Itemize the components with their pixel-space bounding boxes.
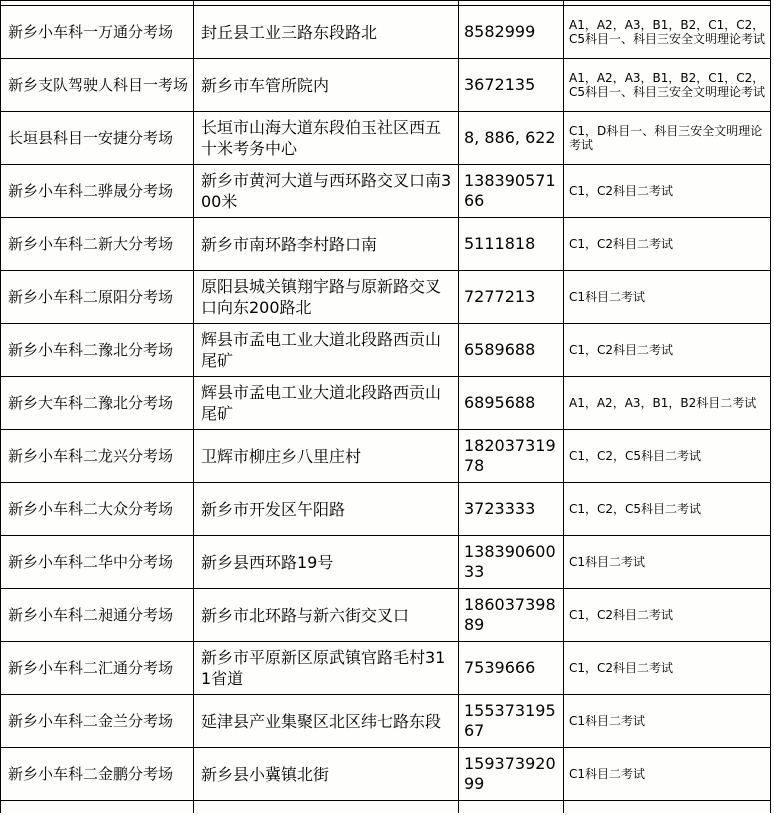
exam-categories-cell: C1，C2，C5科目二考试 [564, 483, 771, 536]
exam-categories-cell: C1，D科目一、科目三安全文明理论考试 [564, 112, 771, 165]
site-name-cell: 新乡小车科二金兰分考场 [1, 695, 194, 748]
table-row: 新乡大车科二豫北分考场 辉县市孟电工业大道北段路西贡山尾矿 6895688 A1… [1, 377, 771, 430]
table-row: 新乡小车科二昶通分考场 新乡市北环路与新六街交叉口 18603739889 C1… [1, 589, 771, 642]
site-name-cell: 新乡大车科二豫北分考场 [1, 377, 194, 430]
page: 新乡小车科一万通分考场 封丘县工业三路东段路北 8582999 A1，A2，A3… [0, 0, 774, 815]
table-row: 新乡小车科二汇通分考场 新乡市平原新区原武镇官路毛村311省道 7539666 … [1, 642, 771, 695]
phone-cell: 3672135 [459, 59, 564, 112]
site-name-cell: 新乡小车科二大众分考场 [1, 483, 194, 536]
site-name-cell: 长垣县科目一安捷分考场 [1, 112, 194, 165]
site-name-cell: 新乡小车科二龙兴分考场 [1, 430, 194, 483]
site-name-cell: 新乡支队驾驶人科目一考场 [1, 59, 194, 112]
phone-cell: 8582999 [459, 6, 564, 59]
site-name-cell: 新乡小车科二豫北分考场 [1, 324, 194, 377]
phone-cell: 15937392099 [459, 748, 564, 801]
exam-categories-cell: C1科目二考试 [564, 748, 771, 801]
address-cell: 辉县市孟电工业大道北段路西贡山尾矿 [194, 324, 459, 377]
test-sites-table-body: 新乡小车科一万通分考场 封丘县工业三路东段路北 8582999 A1，A2，A3… [1, 1, 771, 813]
address-cell: 新乡市车管所院内 [194, 59, 459, 112]
empty-cell [194, 801, 459, 813]
address-cell: 新乡市南环路李村路口南 [194, 218, 459, 271]
table-row: 新乡小车科二新大分考场 新乡市南环路李村路口南 5111818 C1，C2科目二… [1, 218, 771, 271]
exam-categories-cell: C1科目二考试 [564, 536, 771, 589]
exam-categories-cell: C1，C2科目二考试 [564, 642, 771, 695]
table-row: 新乡小车科二骅晟分考场 新乡市黄河大道与西环路交叉口南300米 13839057… [1, 165, 771, 218]
address-cell: 新乡市开发区午阳路 [194, 483, 459, 536]
exam-categories-cell: A1，A2，A3，B1，B2，C1，C2，C5科目一、科目三安全文明理论考试 [564, 6, 771, 59]
empty-cell [1, 801, 194, 813]
exam-categories-cell: C1，C2科目二考试 [564, 324, 771, 377]
address-cell: 封丘县工业三路东段路北 [194, 6, 459, 59]
address-cell: 新乡县小冀镇北街 [194, 748, 459, 801]
phone-cell: 5111818 [459, 218, 564, 271]
test-sites-table: 新乡小车科一万通分考场 封丘县工业三路东段路北 8582999 A1，A2，A3… [0, 0, 771, 813]
table-row: 新乡小车科二大众分考场 新乡市开发区午阳路 3723333 C1，C2，C5科目… [1, 483, 771, 536]
partial-row-bottom [1, 801, 771, 813]
site-name-cell: 新乡小车科二华中分考场 [1, 536, 194, 589]
table-row: 新乡小车科一万通分考场 封丘县工业三路东段路北 8582999 A1，A2，A3… [1, 6, 771, 59]
site-name-cell: 新乡小车科二金鹏分考场 [1, 748, 194, 801]
table-row: 新乡支队驾驶人科目一考场 新乡市车管所院内 3672135 A1，A2，A3，B… [1, 59, 771, 112]
site-name-cell: 新乡小车科二骅晟分考场 [1, 165, 194, 218]
table-row: 新乡小车科二龙兴分考场 卫辉市柳庄乡八里庄村 18203731978 C1，C2… [1, 430, 771, 483]
address-cell: 延津县产业集聚区北区纬七路东段 [194, 695, 459, 748]
phone-cell: 18603739889 [459, 589, 564, 642]
exam-categories-cell: C1科目二考试 [564, 271, 771, 324]
phone-cell: 18203731978 [459, 430, 564, 483]
address-cell: 长垣市山海大道东段伯玉社区西五十米考务中心 [194, 112, 459, 165]
phone-cell: 7539666 [459, 642, 564, 695]
exam-categories-cell: A1，A2，A3，B1，B2科目二考试 [564, 377, 771, 430]
site-name-cell: 新乡小车科二汇通分考场 [1, 642, 194, 695]
exam-categories-cell: C1科目二考试 [564, 695, 771, 748]
address-cell: 辉县市孟电工业大道北段路西贡山尾矿 [194, 377, 459, 430]
exam-categories-cell: A1，A2，A3，B1，B2，C1，C2，C5科目一、科目三安全文明理论考试 [564, 59, 771, 112]
exam-categories-cell: C1，C2，C5科目二考试 [564, 430, 771, 483]
address-cell: 新乡市平原新区原武镇官路毛村311省道 [194, 642, 459, 695]
table-row: 新乡小车科二豫北分考场 辉县市孟电工业大道北段路西贡山尾矿 6589688 C1… [1, 324, 771, 377]
table-row: 新乡小车科二金兰分考场 延津县产业集聚区北区纬七路东段 15537319567 … [1, 695, 771, 748]
phone-cell: 6895688 [459, 377, 564, 430]
phone-cell: 15537319567 [459, 695, 564, 748]
phone-cell: 13839057166 [459, 165, 564, 218]
empty-cell [564, 801, 771, 813]
phone-cell: 3723333 [459, 483, 564, 536]
exam-categories-cell: C1，C2科目二考试 [564, 589, 771, 642]
table-row: 长垣县科目一安捷分考场 长垣市山海大道东段伯玉社区西五十米考务中心 8, 886… [1, 112, 771, 165]
table-row: 新乡小车科二原阳分考场 原阳县城关镇翔宇路与原新路交叉口向东200路北 7277… [1, 271, 771, 324]
exam-categories-cell: C1，C2科目二考试 [564, 218, 771, 271]
address-cell: 原阳县城关镇翔宇路与原新路交叉口向东200路北 [194, 271, 459, 324]
phone-cell: 8, 886, 622 [459, 112, 564, 165]
phone-cell: 7277213 [459, 271, 564, 324]
site-name-cell: 新乡小车科二原阳分考场 [1, 271, 194, 324]
table-row: 新乡小车科二华中分考场 新乡县西环路19号 13839060033 C1科目二考… [1, 536, 771, 589]
address-cell: 新乡市黄河大道与西环路交叉口南300米 [194, 165, 459, 218]
address-cell: 新乡市北环路与新六街交叉口 [194, 589, 459, 642]
empty-cell [459, 801, 564, 813]
address-cell: 卫辉市柳庄乡八里庄村 [194, 430, 459, 483]
phone-cell: 13839060033 [459, 536, 564, 589]
site-name-cell: 新乡小车科二昶通分考场 [1, 589, 194, 642]
table-row: 新乡小车科二金鹏分考场 新乡县小冀镇北街 15937392099 C1科目二考试 [1, 748, 771, 801]
phone-cell: 6589688 [459, 324, 564, 377]
exam-categories-cell: C1，C2科目二考试 [564, 165, 771, 218]
site-name-cell: 新乡小车科一万通分考场 [1, 6, 194, 59]
address-cell: 新乡县西环路19号 [194, 536, 459, 589]
site-name-cell: 新乡小车科二新大分考场 [1, 218, 194, 271]
